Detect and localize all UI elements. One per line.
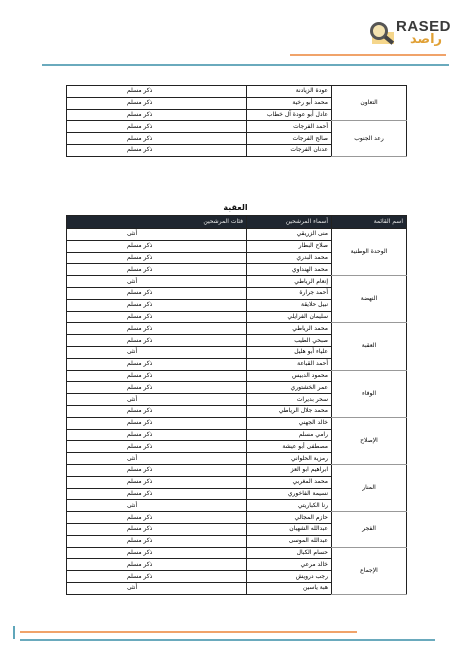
candidate-category-cell: ذكر مسلم — [67, 523, 247, 535]
candidate-category-cell: ذكر مسلم — [67, 535, 247, 547]
candidate-category-cell: ذكر مسلم — [67, 86, 247, 98]
header-name: أسماء المرشحين — [247, 216, 332, 229]
candidate-name-cell: منى الزريقي — [247, 229, 332, 241]
candidate-category-cell: ذكر مسلم — [67, 264, 247, 276]
table-row: التعاونعودة الزيادنةذكر مسلم — [67, 86, 407, 98]
candidate-category-cell: ذكر مسلم — [67, 464, 247, 476]
table-row: المنارابراهيم ابو العزذكر مسلم — [67, 464, 407, 476]
header-orange-rule — [290, 54, 446, 56]
candidate-category-cell: ذكر مسلم — [67, 252, 247, 264]
candidate-name-cell: هبة ياسين — [247, 582, 332, 594]
candidate-category-cell: ذكر مسلم — [67, 512, 247, 524]
candidate-name-cell: علياء أبو هليل — [247, 346, 332, 358]
candidate-name-cell: محمد البدري — [247, 252, 332, 264]
candidate-category-cell: أنثى — [67, 500, 247, 512]
candidate-category-cell: ذكر مسلم — [67, 335, 247, 347]
candidate-name-cell: محمد أبو رخية — [247, 97, 332, 109]
candidate-name-cell: حسام الكبال — [247, 547, 332, 559]
header-category: فئات المرشحين — [67, 216, 247, 229]
candidate-category-cell: ذكر مسلم — [67, 311, 247, 323]
candidate-category-cell: أنثى — [67, 229, 247, 241]
header-teal-rule — [42, 64, 449, 66]
candidate-category-cell: ذكر مسلم — [67, 547, 247, 559]
candidate-name-cell: أحمد الفرجات — [247, 121, 332, 133]
list-name-cell: الفجر — [332, 512, 407, 547]
candidate-name-cell: نبيل حلايقة — [247, 299, 332, 311]
rased-logo: RASED راصد — [370, 18, 460, 48]
candidate-name-cell: عدنان الفرجات — [247, 144, 332, 156]
candidate-category-cell: ذكر مسلم — [67, 97, 247, 109]
candidate-name-cell: أحمد القباعة — [247, 358, 332, 370]
candidate-category-cell: ذكر مسلم — [67, 299, 247, 311]
candidate-name-cell: عمر الخشتوري — [247, 382, 332, 394]
footer-teal-rule — [20, 639, 435, 641]
candidate-name-cell: محمد الرياطي — [247, 323, 332, 335]
list-name-cell: المنار — [332, 464, 407, 511]
table-row: الوحدة الوطنيةمنى الزريقيأنثى — [67, 229, 407, 241]
table-top: التعاونعودة الزيادنةذكر مسلممحمد أبو رخي… — [66, 85, 407, 157]
candidate-category-cell: ذكر مسلم — [67, 441, 247, 453]
candidate-category-cell: أنثى — [67, 453, 247, 465]
list-name-cell: العقبة — [332, 323, 407, 370]
candidate-name-cell: إنعام الرياطي — [247, 276, 332, 288]
list-name-cell: الإصلاح — [332, 417, 407, 464]
candidate-category-cell: ذكر مسلم — [67, 287, 247, 299]
candidate-category-cell: ذكر مسلم — [67, 121, 247, 133]
list-name-cell: النهضة — [332, 276, 407, 323]
candidate-category-cell: ذكر مسلم — [67, 323, 247, 335]
candidate-category-cell: ذكر مسلم — [67, 571, 247, 583]
candidate-name-cell: ابراهيم ابو العز — [247, 464, 332, 476]
table-aqaba: اسم القائمة أسماء المرشحين فئات المرشحين… — [66, 215, 407, 595]
candidate-category-cell: ذكر مسلم — [67, 370, 247, 382]
candidate-category-cell: ذكر مسلم — [67, 417, 247, 429]
candidate-name-cell: رجب درويش — [247, 571, 332, 583]
candidate-category-cell: ذكر مسلم — [67, 382, 247, 394]
logo-text-ar: راصد — [410, 32, 442, 47]
header-list: اسم القائمة — [332, 216, 407, 229]
candidate-name-cell: صلاح البطار — [247, 240, 332, 252]
candidate-name-cell: سحر بديرات — [247, 394, 332, 406]
candidate-category-cell: ذكر مسلم — [67, 240, 247, 252]
table-row: الفجرحازم المجاليذكر مسلم — [67, 512, 407, 524]
candidate-name-cell: صالح الفرجات — [247, 133, 332, 145]
candidate-name-cell: رمزية الحلواني — [247, 453, 332, 465]
footer-orange-rule — [20, 631, 357, 633]
candidate-name-cell: محمد الهنداوي — [247, 264, 332, 276]
candidate-name-cell: عبدالله الموسى — [247, 535, 332, 547]
table-row: رعد الجنوبأحمد الفرجاتذكر مسلم — [67, 121, 407, 133]
candidate-category-cell: أنثى — [67, 276, 247, 288]
candidate-name-cell: رنا الكباريتي — [247, 500, 332, 512]
candidate-name-cell: مصطفى أبو عيشة — [247, 441, 332, 453]
candidate-name-cell: أحمد جرارة — [247, 287, 332, 299]
list-name-cell: رعد الجنوب — [332, 121, 407, 156]
candidate-name-cell: محمود الدبيس — [247, 370, 332, 382]
candidate-name-cell: حازم المجالي — [247, 512, 332, 524]
footer-accent-bar — [13, 626, 15, 639]
candidate-category-cell: ذكر مسلم — [67, 358, 247, 370]
table-row: النهضةإنعام الرياطيأنثى — [67, 276, 407, 288]
candidate-name-cell: خالد الجهني — [247, 417, 332, 429]
candidate-name-cell: عبدالله الشهبان — [247, 523, 332, 535]
candidate-category-cell: ذكر مسلم — [67, 144, 247, 156]
list-name-cell: الوفاء — [332, 370, 407, 417]
list-name-cell: الوحدة الوطنية — [332, 229, 407, 276]
table-row: الإجماعحسام الكبالذكر مسلم — [67, 547, 407, 559]
candidate-category-cell: ذكر مسلم — [67, 429, 247, 441]
candidate-name-cell: عادل أبو عودة آل خطاب — [247, 109, 332, 121]
section-title: العقبة — [0, 203, 471, 212]
table-row: العقبةمحمد الرياطيذكر مسلم — [67, 323, 407, 335]
table-row: الوفاءمحمود الدبيسذكر مسلم — [67, 370, 407, 382]
candidate-name-cell: رامي مسلم — [247, 429, 332, 441]
candidate-category-cell: ذكر مسلم — [67, 488, 247, 500]
candidate-category-cell: ذكر مسلم — [67, 109, 247, 121]
list-name-cell: الإجماع — [332, 547, 407, 594]
candidate-category-cell: أنثى — [67, 346, 247, 358]
candidate-name-cell: نسيمة الفاخوري — [247, 488, 332, 500]
candidate-name-cell: عودة الزيادنة — [247, 86, 332, 98]
candidate-category-cell: أنثى — [67, 582, 247, 594]
candidate-name-cell: خالد مرعي — [247, 559, 332, 571]
candidate-category-cell: ذكر مسلم — [67, 559, 247, 571]
candidate-category-cell: أنثى — [67, 394, 247, 406]
candidate-name-cell: محمد جلال الرياطي — [247, 405, 332, 417]
candidate-name-cell: سليمان الفرايلي — [247, 311, 332, 323]
candidate-category-cell: ذكر مسلم — [67, 405, 247, 417]
table-header-row: اسم القائمة أسماء المرشحين فئات المرشحين — [67, 216, 407, 229]
list-name-cell: التعاون — [332, 86, 407, 121]
candidate-name-cell: صبحي الطيب — [247, 335, 332, 347]
table-row: الإصلاحخالد الجهنيذكر مسلم — [67, 417, 407, 429]
candidate-name-cell: محمد المغربي — [247, 476, 332, 488]
candidate-category-cell: ذكر مسلم — [67, 476, 247, 488]
candidate-category-cell: ذكر مسلم — [67, 133, 247, 145]
